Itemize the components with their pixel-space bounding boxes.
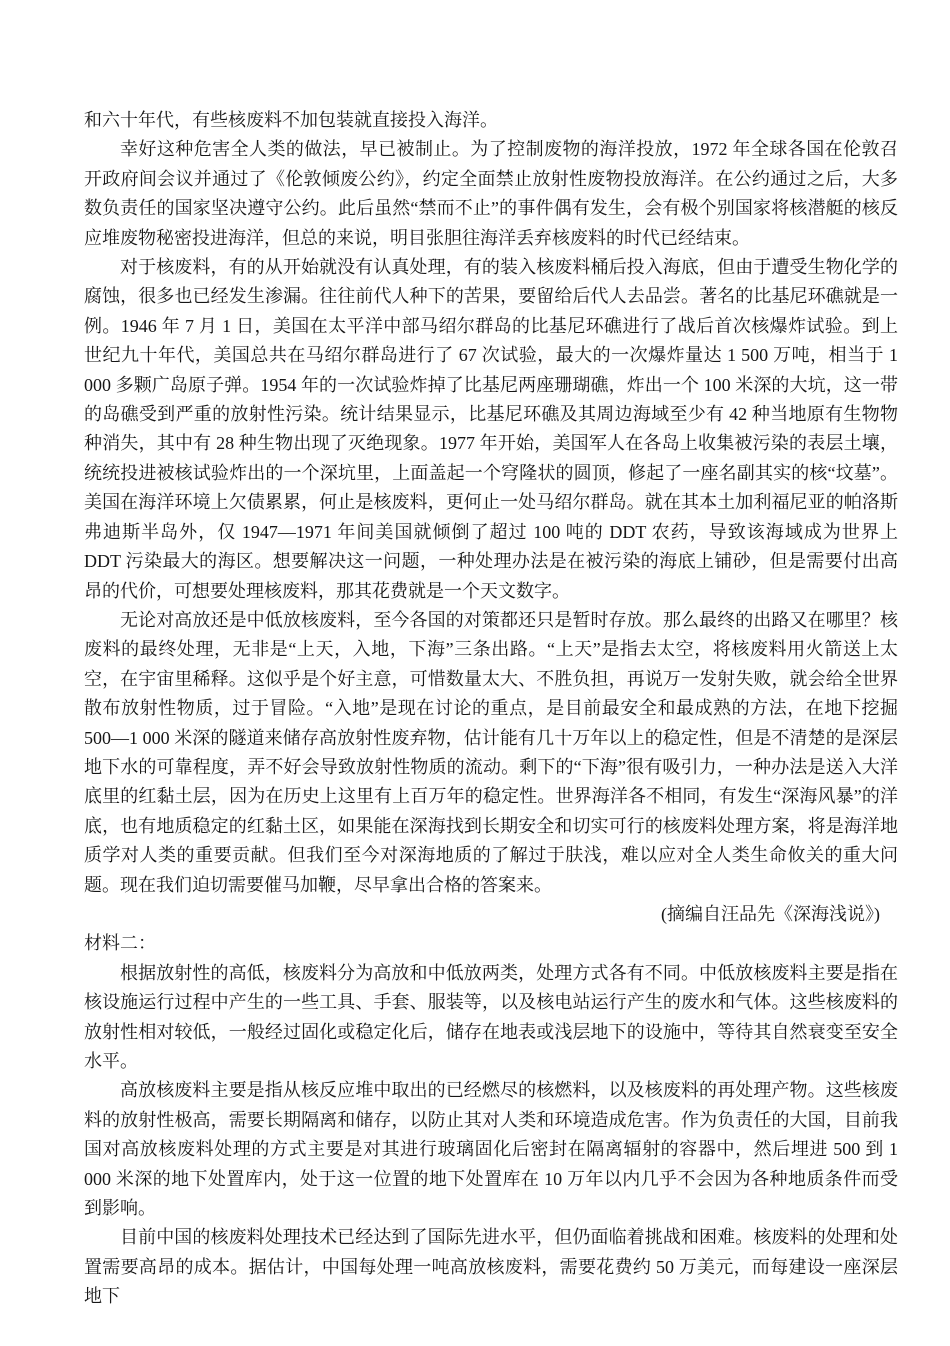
paragraph-bikini-atoll: 对于核废料，有的从开始就没有认真处理，有的装入核废料桶后投入海底，但由于遭受生物…	[84, 253, 898, 606]
paragraph-china-technology: 目前中国的核废料处理技术已经达到了国际先进水平，但仍面临着挑战和困难。核废料的处…	[84, 1223, 898, 1311]
paragraph-high-level-waste: 高放核废料主要是指从核反应堆中取出的已经燃尽的核燃料，以及核废料的再处理产物。这…	[84, 1076, 898, 1223]
reading-passage: 和六十年代，有些核废料不加包装就直接投入海洋。 幸好这种危害全人类的做法，早已被…	[84, 106, 898, 1312]
material-two-heading: 材料二：	[84, 929, 898, 958]
document-page: 和六十年代，有些核废料不加包装就直接投入海洋。 幸好这种危害全人类的做法，早已被…	[0, 0, 950, 1346]
paragraph-three-outlets: 无论对高放还是中低放核废料，至今各国的对策都还只是暂时存放。那么最终的出路又在哪…	[84, 606, 898, 900]
source-attribution: (摘编自汪品先《深海浅说》)	[84, 900, 898, 929]
paragraph-low-level-waste: 根据放射性的高低，核废料分为高放和中低放两类，处理方式各有不同。中低放核废料主要…	[84, 959, 898, 1077]
paragraph-continuation: 和六十年代，有些核废料不加包装就直接投入海洋。	[84, 106, 898, 135]
paragraph-london-convention: 幸好这种危害全人类的做法，早已被制止。为了控制废物的海洋投放，1972 年全球各…	[84, 135, 898, 253]
